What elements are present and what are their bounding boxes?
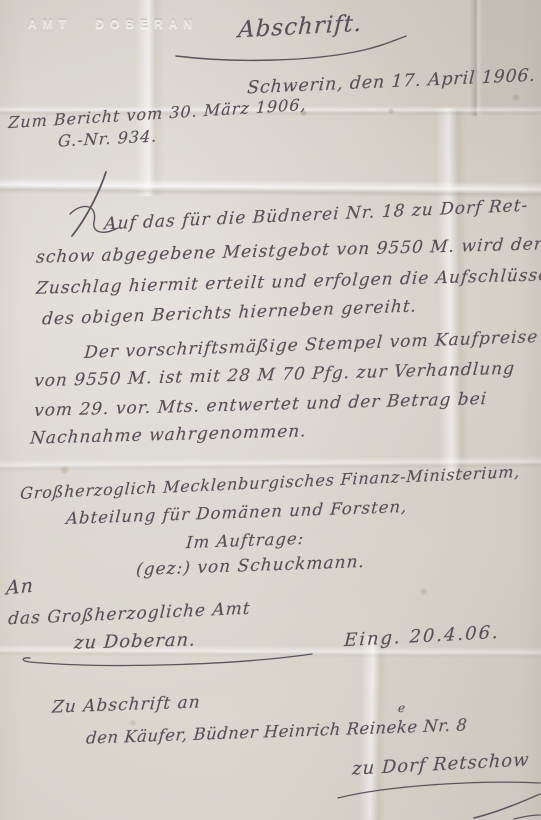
body-line: schow abgegebene Meistgebot von 9550 M. …	[35, 236, 541, 266]
signature-authority-1: Großherzoglich Mecklenburgisches Finanz-…	[20, 464, 521, 502]
body-line: Zuschlag hiermit erteilt und erfolgen di…	[35, 267, 541, 297]
foxing-spot	[60, 466, 69, 474]
corner-signature-stroke	[472, 792, 541, 820]
signature-signed: (gez:) von Schuckmann.	[135, 554, 365, 579]
address-line-1: An	[6, 576, 34, 598]
foxing-spot	[420, 588, 427, 595]
dateline: Schwerin, den 17. April 1906.	[247, 68, 537, 98]
body-line: Auf das für die Büdnerei Nr. 18 zu Dorf …	[104, 198, 529, 234]
body-line: von 9550 M. ist mit 28 M 70 Pfg. zur Ver…	[33, 361, 515, 391]
reference-line-2: G.-Nr. 934.	[58, 128, 158, 149]
footer-line-1: Zu Abschrift an	[51, 694, 201, 716]
right-edge-shade-top	[478, 0, 541, 112]
address-line-3: zu Doberan.	[73, 631, 196, 652]
body-line: Der vorschriftsmäßige Stempel vom Kaufpr…	[84, 329, 539, 362]
footer-line-2: den Käufer, Büdner Heinrich Reineke Nr. …	[86, 717, 468, 747]
embossed-stamp-amt-doberan: AMT DOBERAN	[28, 17, 198, 31]
address-line-2: das Großherzogliche Amt	[8, 601, 252, 629]
retschow-underline-flourish	[334, 776, 541, 802]
foxing-spot	[130, 720, 136, 726]
signature-authority-2: Abteilung für Domänen und Forsten,	[66, 499, 408, 527]
received-note: Eing. 20.4.06.	[344, 624, 501, 650]
doberan-underline-flourish	[16, 650, 316, 672]
body-line: vom 29. vor. Mts. entwertet und der Betr…	[33, 391, 487, 420]
document-photo: AMT DOBERAN Abschrift. Schwerin, den 17.…	[0, 0, 541, 820]
doc-title: Abschrift.	[237, 13, 362, 43]
foxing-spot	[512, 94, 520, 101]
footer-line-3: zu Dorf Retschow	[352, 751, 530, 778]
body-line: Nachnahme wahrgenommen.	[29, 423, 307, 447]
horizontal-crease-2	[0, 178, 541, 199]
footer-insert-mark: e	[398, 702, 407, 714]
foxing-spot	[388, 108, 394, 114]
signature-auftrag: Im Auftrage:	[185, 531, 304, 552]
body-line: des obigen Berichts hierneben gereiht.	[42, 298, 418, 328]
vertical-crease-middle	[436, 108, 470, 480]
vertical-crease-top-right	[470, 0, 482, 116]
